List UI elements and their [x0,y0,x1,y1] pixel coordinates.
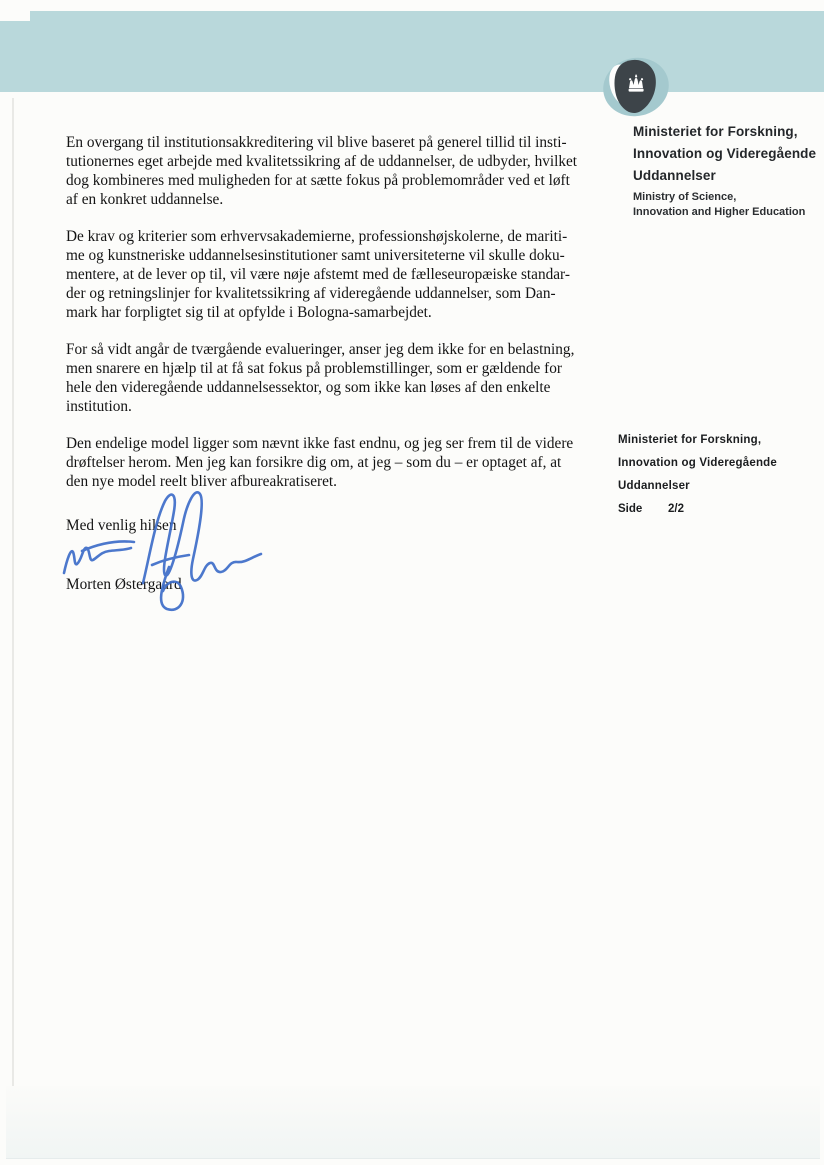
paragraph-2: De krav og kriterier som erhvervsakademi… [66,227,611,322]
scanned-letter-page: Ministeriet for Forskning, Innovation og… [0,0,824,1165]
paragraph-3: For så vidt angår de tværgående evalueri… [66,340,611,416]
scan-corner-notch [0,11,30,21]
top-teal-band [0,11,824,92]
page-indicator: Side 2/2 [618,503,778,515]
letter-body: En overgang til institutionsakkrediterin… [66,133,611,509]
scan-edge-line [12,98,14,1150]
page-label: Side [618,503,642,515]
handwritten-signature [56,479,306,619]
page-number: 2/2 [668,503,684,515]
paragraph-1: En overgang til institutionsakkrediterin… [66,133,611,209]
bottom-scan-shade [6,1086,820,1159]
ministry-crown-logo-icon [601,54,673,126]
ministry-name-english: Ministry of Science, Innovation and High… [633,190,818,220]
ministry-name-danish: Ministeriet for Forskning, Innovation og… [633,121,818,187]
sidebar-ministry-name: Ministeriet for Forskning, Innovation og… [618,429,798,498]
